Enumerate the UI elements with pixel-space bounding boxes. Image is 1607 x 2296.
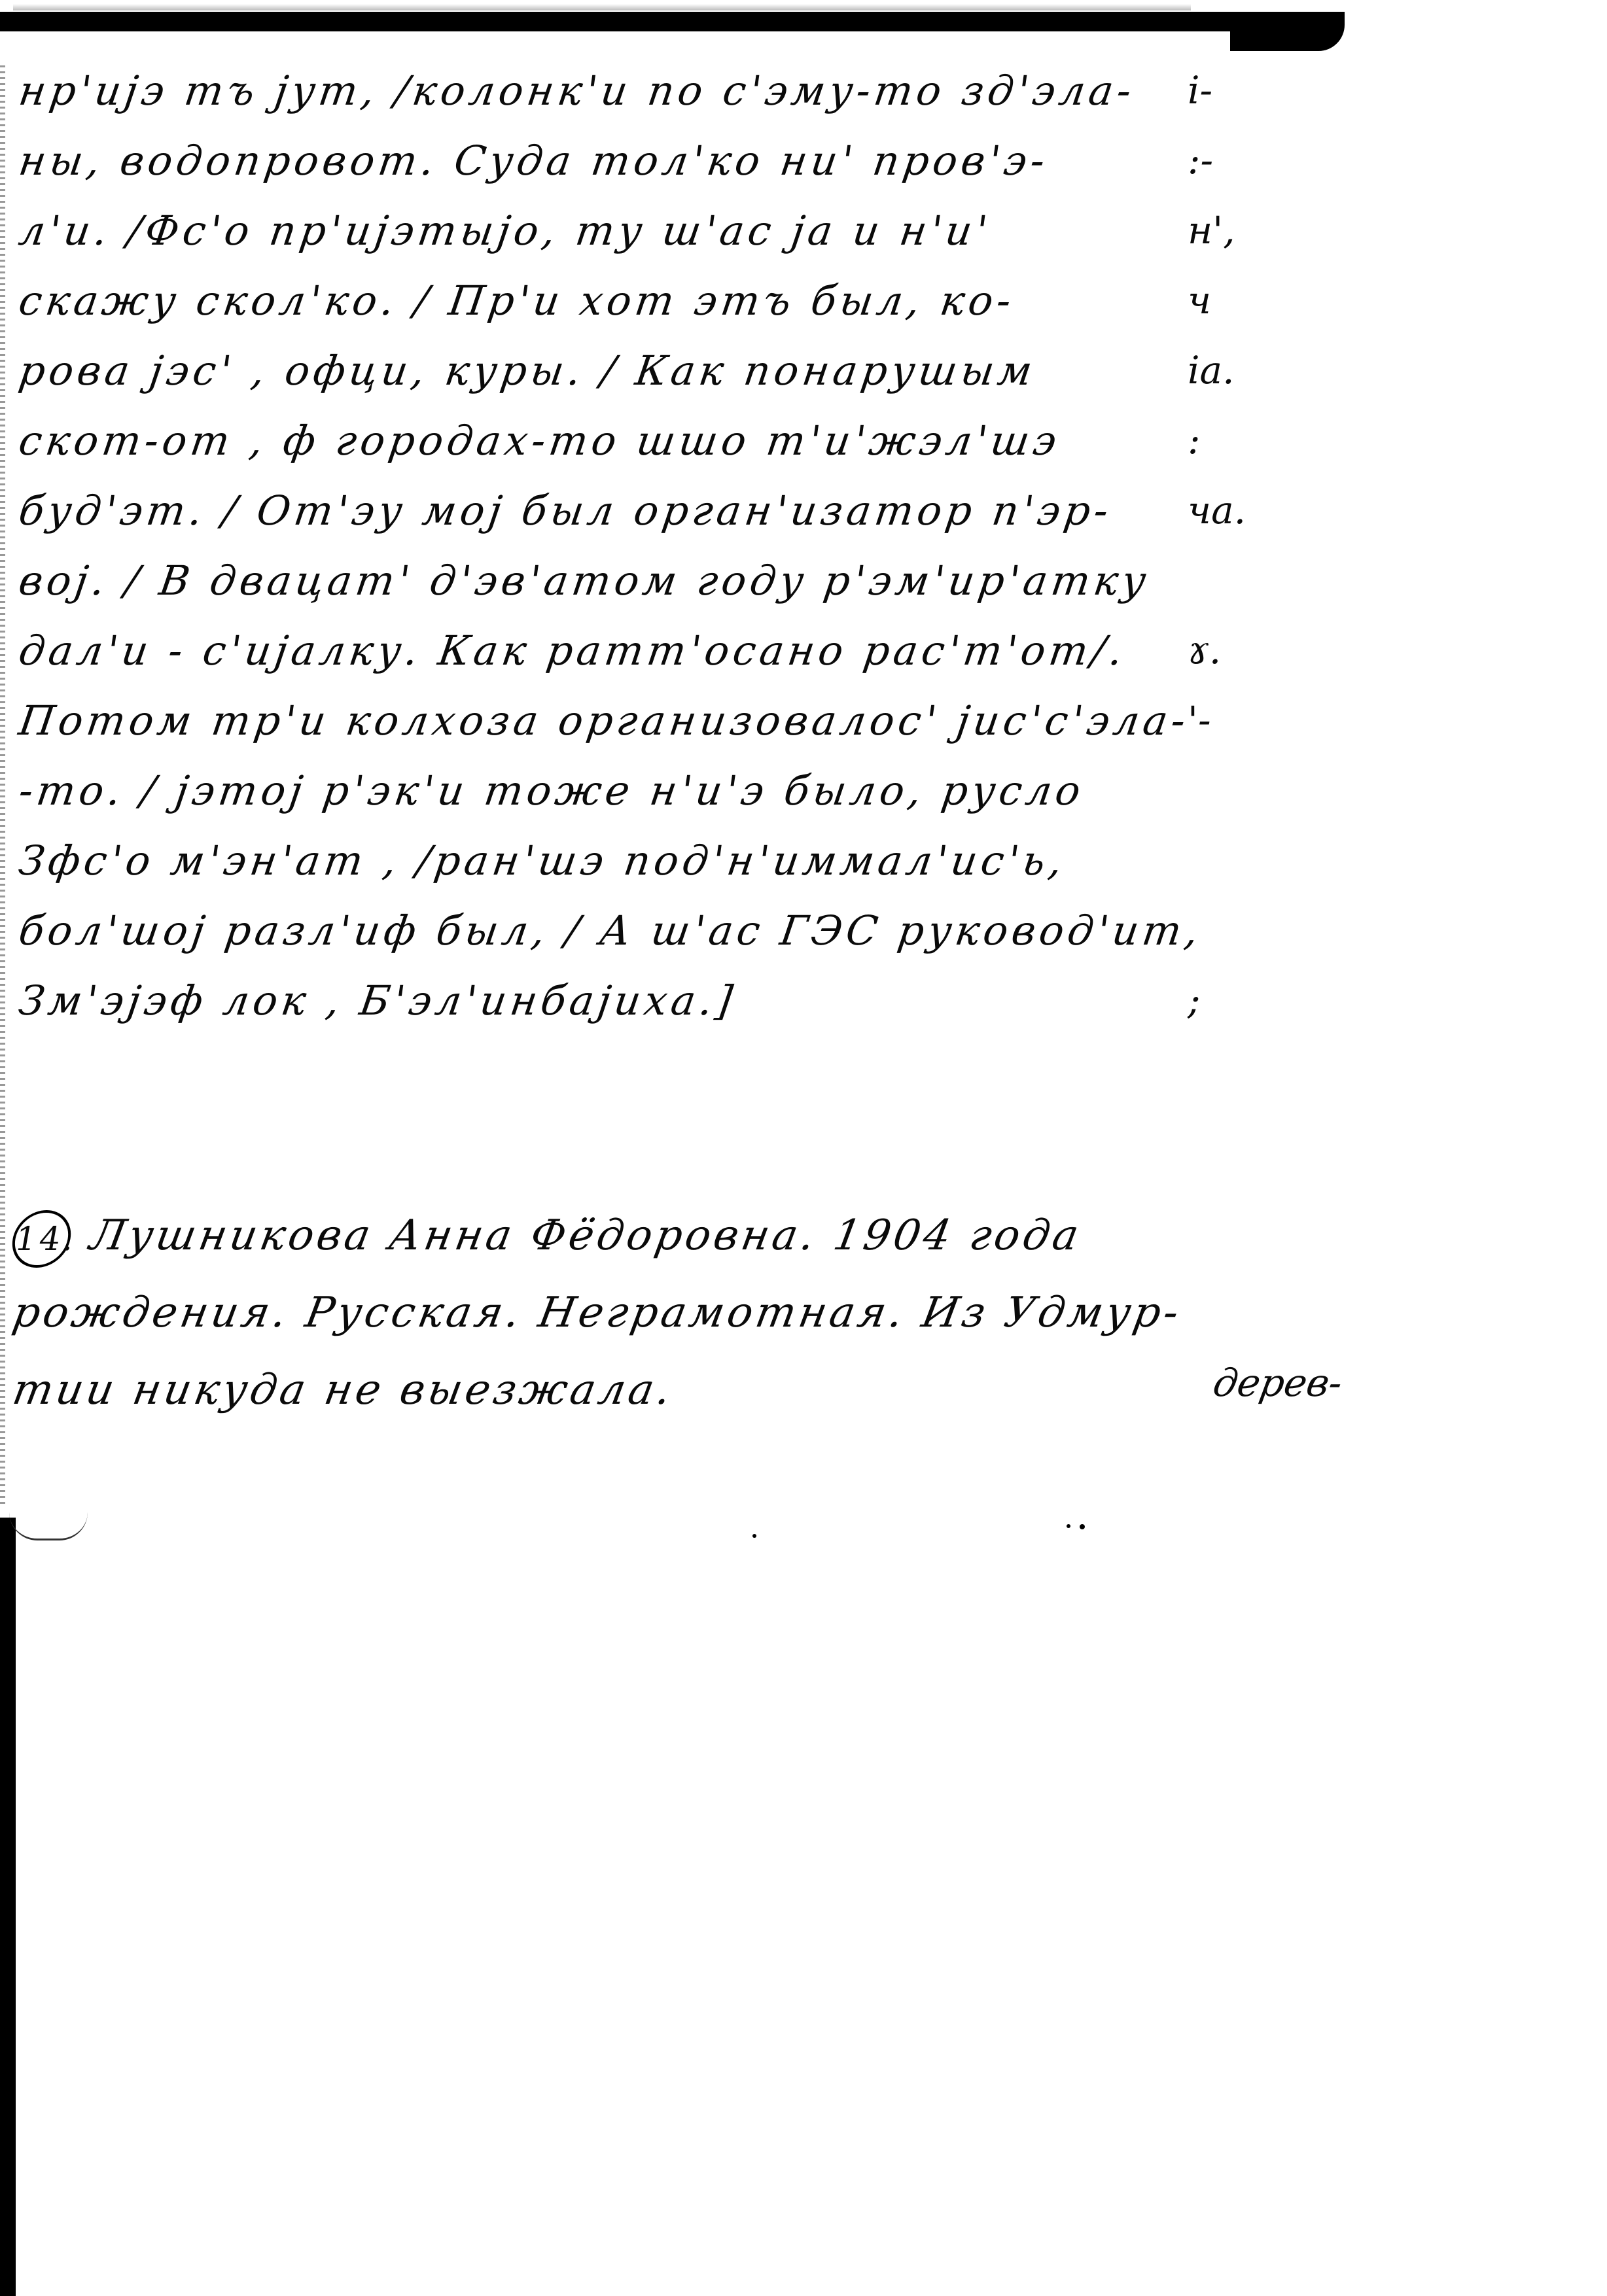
scan-top-border-corner [1230,12,1345,51]
scan-top-shadow [13,4,1191,10]
margin-note: iа. [1188,336,1358,406]
scan-top-border [0,12,1341,31]
scan-speck [752,1534,756,1538]
transcript-line: Зфс'о м'эн'ат , /ран'шэ под'н'иммал'ис'ь… [14,826,1150,896]
informant-entry: 14.Лушникова Анна Фёдоровна. 1904 года р… [7,1197,1250,1429]
transcript-line: нр'иjэ тъ jут, /колонк'и по с'эму-то зд'… [14,56,1150,126]
margin-note: : [1188,406,1358,476]
transcript-line: вој. / В двацат' д'эв'атом году р'эм'ир'… [14,546,1150,616]
margin-note: н', [1188,196,1358,266]
entry-line: 14.Лушникова Анна Фёдоровна. 1904 года [7,1197,1263,1274]
transcript-line: Потом тр'и колхоза организовалос' jис'с'… [14,686,1150,756]
margin-note: ɤ. [1188,616,1358,686]
margin-note [1188,896,1358,965]
margin-note: i- [1188,56,1358,126]
transcript-line: -то. / jэтој р'эк'и тоже н'и'э было, рус… [14,756,1150,826]
transcript-line: скажу скол'ко. / Пр'и хот этъ был, ко- [14,266,1150,336]
entry-margin-note: дерев- [1210,1361,1346,1405]
entry-number-circle: 14. [8,1210,76,1268]
transcript-block: нр'иjэ тъ jут, /колонк'и по с'эму-то зд'… [14,56,1140,1035]
scan-speck [1080,1524,1085,1529]
entry-line: тии никуда не выезжала. [7,1351,1263,1429]
transcript-line: л'и. /Фс'о пр'иjэтыjо, ту ш'ас jа и н'и' [14,196,1150,266]
transcript-line: ны, водопровот. Суда тол'ко ни' пров'э- [14,126,1150,196]
scan-left-edge-bar [0,1518,16,2296]
margin-note [1188,826,1358,896]
entry-line: рождения. Русская. Неграмотная. Из Удмур… [7,1274,1263,1351]
margin-note [1188,546,1358,616]
margin-note: ча. [1188,476,1358,546]
transcript-line: рова jэс' , офци, куры. / Как понарушым [14,336,1150,406]
transcript-line: дал'и - с'иjалку. Как ратт'осано рас'т'о… [14,616,1150,686]
transcript-line: скот-от , ф городах-то шшо т'и'жэл'шэ [14,406,1150,476]
page-corner-curl [9,1512,88,1540]
right-margin-notes: i- :- н', ч iа. : ча. ɤ. '- ; [1188,56,1358,1035]
transcript-line: буд'эт. / От'эу мој был орган'изатор п'э… [14,476,1150,546]
margin-note: '- [1188,686,1358,756]
margin-note: ч [1188,266,1358,336]
scan-speck [1067,1524,1070,1528]
scan-left-edge-noise [0,65,5,1505]
transcript-line: Зм'эjэф лок , Б'эл'инбаjиха.] [14,965,1150,1035]
margin-note: :- [1188,126,1358,196]
margin-note [1188,756,1358,826]
transcript-line: бол'шој разл'иф был, / А ш'ас ГЭС руково… [14,896,1150,965]
entry-text: Лушникова Анна Фёдоровна. 1904 года [86,1211,1086,1260]
margin-note: ; [1188,965,1358,1035]
